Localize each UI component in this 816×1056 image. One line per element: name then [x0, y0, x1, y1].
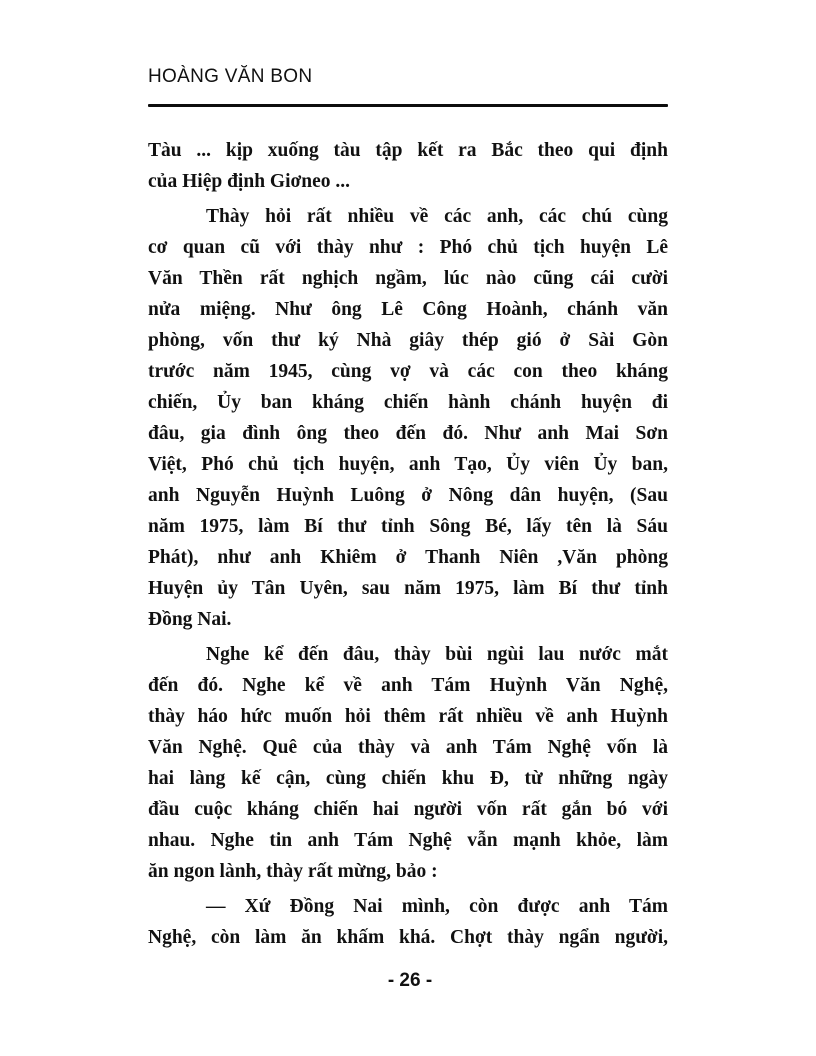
text-line: Phát), như anh Khiêm ở Thanh Niên ,Văn p…: [148, 542, 668, 573]
text-line: Thày hỏi rất nhiều về các anh, các chú c…: [148, 201, 668, 232]
text-line: năm 1975, làm Bí thư tỉnh Sông Bé, lấy t…: [148, 511, 668, 542]
paragraph: Tàu ... kịp xuống tàu tập kết ra Bắc the…: [148, 135, 668, 197]
text-line: phòng, vốn thư ký Nhà giây thép gió ở Sà…: [148, 325, 668, 356]
text-line: anh Nguyễn Huỳnh Luông ở Nông dân huyện,…: [148, 480, 668, 511]
text-line: trước năm 1945, cùng vợ và các con theo …: [148, 356, 668, 387]
body-text: Tàu ... kịp xuống tàu tập kết ra Bắc the…: [148, 135, 668, 953]
text-line: chiến, Ủy ban kháng chiến hành chánh huy…: [148, 387, 668, 418]
text-line: đâu, gia đình ông theo đến đó. Như anh M…: [148, 418, 668, 449]
text-line: hai làng kế cận, cùng chiến khu Đ, từ nh…: [148, 763, 668, 794]
text-line: Huyện ủy Tân Uyên, sau năm 1975, làm Bí …: [148, 573, 668, 604]
text-line: ăn ngon lành, thày rất mừng, bảo :: [148, 856, 668, 887]
text-line: Tàu ... kịp xuống tàu tập kết ra Bắc the…: [148, 135, 668, 166]
text-line: nhau. Nghe tin anh Tám Nghệ vẫn mạnh khỏ…: [148, 825, 668, 856]
text-line: thày háo hức muốn hỏi thêm rất nhiều về …: [148, 701, 668, 732]
text-line: Nghệ, còn làm ăn khấm khá. Chợt thày ngẩ…: [148, 922, 668, 953]
running-head: HOÀNG VĂN BON: [148, 66, 312, 88]
text-line: Văn Thền rất nghịch ngầm, lúc nào cũng c…: [148, 263, 668, 294]
paragraph: Thày hỏi rất nhiều về các anh, các chú c…: [148, 201, 668, 635]
text-line: nửa miệng. Như ông Lê Công Hoành, chánh …: [148, 294, 668, 325]
text-line: của Hiệp định Giơneo ...: [148, 166, 668, 197]
text-line: Văn Nghệ. Quê của thày và anh Tám Nghệ v…: [148, 732, 668, 763]
text-line: Đồng Nai.: [148, 604, 668, 635]
text-line: đầu cuộc kháng chiến hai người vốn rất g…: [148, 794, 668, 825]
paragraph: — Xứ Đồng Nai mình, còn được anh Tám Ngh…: [148, 891, 668, 953]
text-line: cơ quan cũ với thày như : Phó chủ tịch h…: [148, 232, 668, 263]
text-line: — Xứ Đồng Nai mình, còn được anh Tám: [148, 891, 668, 922]
paragraph: Nghe kể đến đâu, thày bùi ngùi lau nước …: [148, 639, 668, 887]
text-line: Việt, Phó chủ tịch huyện, anh Tạo, Ủy vi…: [148, 449, 668, 480]
text-line: đến đó. Nghe kể về anh Tám Huỳnh Văn Ngh…: [148, 670, 668, 701]
text-line: Nghe kể đến đâu, thày bùi ngùi lau nước …: [148, 639, 668, 670]
header-rule: [148, 104, 668, 107]
page-number: - 26 -: [370, 970, 450, 992]
